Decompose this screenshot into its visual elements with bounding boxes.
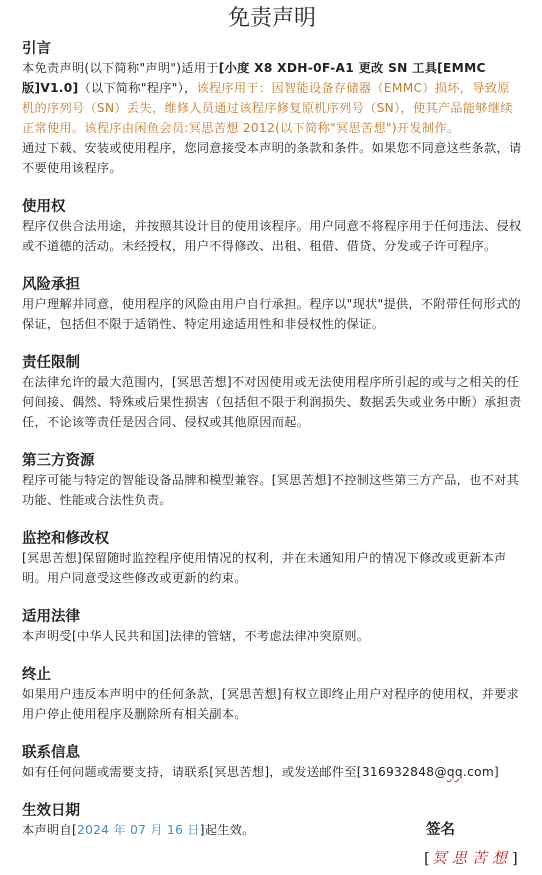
section-heading: 监控和修改权 [22,530,522,548]
effective-date: 2024 年 07 月 16 日 [77,823,200,837]
contact-paragraph: 如有任何问题或需要支持，请联系[冥思苦想]，或发送邮件至[316932848@q… [22,762,522,782]
intro-alias: （以下简称"程序"）， [78,81,196,95]
section-body: 用户理解并同意，使用程序的风险由用户自行承担。程序以"现状"提供，不附带任何形式… [22,294,522,334]
bracket-close: ] [512,849,520,867]
section-liability: 责任限制 在法律允许的最大范围内，[冥思苦想]不对因使用或无法使用程序所引起的或… [22,354,522,432]
section-law: 适用法律 本声明受[中华人民共和国]法律的管辖，不考虑法律冲突原则。 [22,608,522,646]
section-heading: 第三方资源 [22,452,522,470]
section-usage: 使用权 程序仅供合法用途，并按照其设计目的使用该程序。用户同意不将程序用于任何违… [22,198,522,256]
email-domain: qq [447,765,463,779]
section-termination: 终止 如果用户违反本声明中的任何条款，[冥思苦想]有权立即终止用户对程序的使用权… [22,666,522,724]
section-heading: 风险承担 [22,276,522,294]
section-heading: 联系信息 [22,744,522,762]
section-heading: 使用权 [22,198,522,216]
intro-paragraph: 本免责声明(以下简称"声明")适用于[小度 X8 XDH-0F-A1 更改 SN… [22,58,522,138]
section-body: 程序可能与特定的智能设备品牌和模型兼容。[冥思苦想]不控制这些第三方产品，也不对… [22,470,522,510]
section-heading: 责任限制 [22,354,522,372]
contact-prefix: 如有任何问题或需要支持，请联系[冥思苦想]，或发送邮件至[316932848@ [22,765,447,779]
intro-agreement-paragraph: 通过下载、安装或使用程序，您同意接受本声明的条款和条件。如果您不同意这些条款，请… [22,138,522,178]
section-heading: 生效日期 [22,802,522,820]
signature-block: 签名 [冥思苦想] [424,820,520,868]
section-heading: 终止 [22,666,522,684]
signature-mark: [冥思苦想] [424,848,520,868]
section-body: 在法律允许的最大范围内，[冥思苦想]不对因使用或无法使用程序所引起的或与之相关的… [22,372,522,432]
section-risk: 风险承担 用户理解并同意，使用程序的风险由用户自行承担。程序以"现状"提供，不附… [22,276,522,334]
effective-prefix: 本声明自[ [22,823,77,837]
disclaimer-page: 免责声明 引言 本免责声明(以下简称"声明")适用于[小度 X8 XDH-0F-… [0,0,542,840]
intro-prefix: 本免责声明(以下简称"声明")适用于 [22,61,219,75]
signature-label: 签名 [424,820,520,840]
contact-suffix: .com] [463,765,499,779]
section-body: 程序仅供合法用途，并按照其设计目的使用该程序。用户同意不将程序用于任何违法、侵权… [22,216,522,256]
section-body: 本声明受[中华人民共和国]法律的管辖，不考虑法律冲突原则。 [22,626,522,646]
effective-suffix: ]起生效。 [200,823,255,837]
section-heading: 适用法律 [22,608,522,626]
page-title: 免责声明 [22,0,522,36]
section-heading: 引言 [22,40,522,58]
section-body: [冥思苦想]保留随时监控程序使用情况的权利，并在未通知用户的情况下修改或更新本声… [22,548,522,588]
section-monitoring: 监控和修改权 [冥思苦想]保留随时监控程序使用情况的权利，并在未通知用户的情况下… [22,530,522,588]
bracket-open: [ [424,849,432,867]
section-contact: 联系信息 如有任何问题或需要支持，请联系[冥思苦想]，或发送邮件至[316932… [22,744,522,782]
section-third-party: 第三方资源 程序可能与特定的智能设备品牌和模型兼容。[冥思苦想]不控制这些第三方… [22,452,522,510]
signature-name: 冥思苦想 [432,849,512,867]
section-body: 如果用户违反本声明中的任何条款，[冥思苦想]有权立即终止用户对程序的使用权，并要… [22,684,522,724]
section-intro: 引言 本免责声明(以下简称"声明")适用于[小度 X8 XDH-0F-A1 更改… [22,40,522,178]
